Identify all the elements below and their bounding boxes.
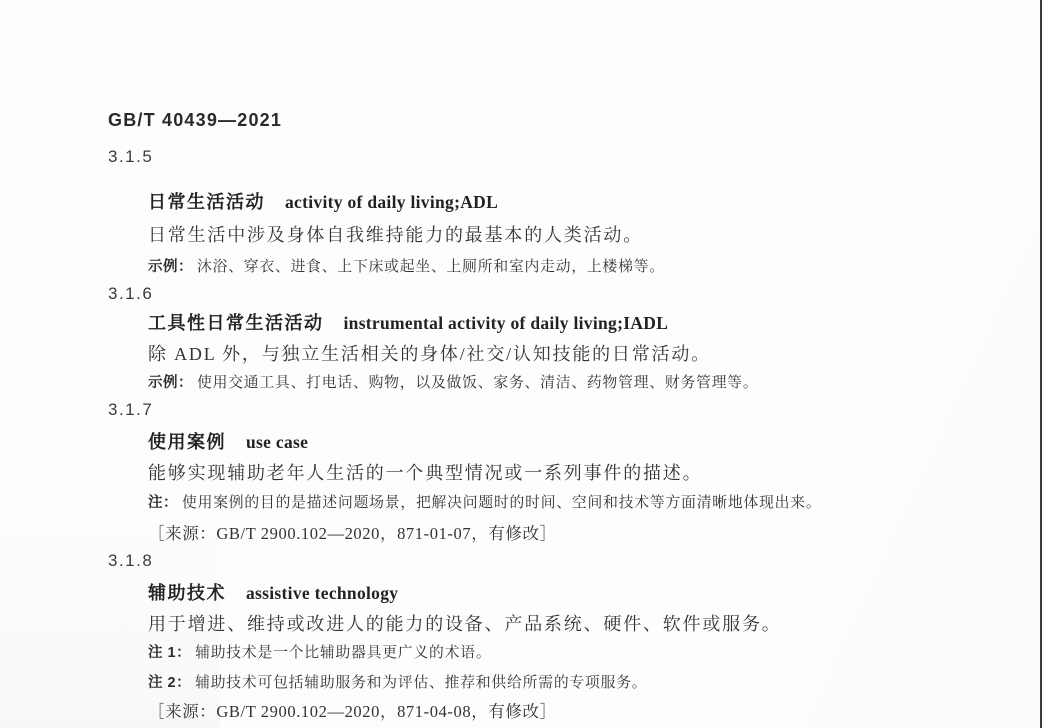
note-text-use-case: 使用案例的目的是描述问题场景，把解决问题时的时间、空间和技术等方面清晰地体现出来…: [182, 495, 821, 511]
term-en-assistive-technology: assistive technology: [246, 583, 398, 603]
source-use-case: ［来源：GB/T 2900.102—2020，871-01-07，有修改］: [148, 520, 557, 544]
term-zh-assistive-technology: 辅助技术: [148, 583, 226, 603]
term-zh-adl: 日常生活活动: [148, 192, 265, 212]
source-assistive-technology: ［来源：GB/T 2900.102—2020，871-04-08，有修改］: [148, 698, 557, 722]
term-zh-use-case: 使用案例: [148, 432, 226, 452]
term-line-use-case: 使用案例use case: [148, 428, 308, 454]
note1-label-assistive-technology: 注 1：: [148, 645, 191, 661]
scan-edge-line: [1040, 0, 1042, 728]
example-text-iadl: 使用交通工具、打电话、购物，以及做饭、家务、清洁、药物管理、财务管理等。: [197, 375, 759, 391]
section-number-3-1-6: 3.1.6: [108, 284, 153, 304]
definition-iadl: 除 ADL 外，与独立生活相关的身体/社交/认知技能的日常活动。: [148, 340, 711, 366]
note2-text-assistive-technology: 辅助技术可包括辅助服务和为评估、推荐和供给所需的专项服务。: [195, 675, 647, 691]
note-label-use-case: 注：: [148, 495, 178, 511]
section-number-3-1-5: 3.1.5: [108, 147, 153, 167]
document-page: GB/T 40439—2021 3.1.5 日常生活活动activity of …: [0, 0, 1044, 728]
section-number-3-1-7: 3.1.7: [108, 400, 153, 420]
note1-text-assistive-technology: 辅助技术是一个比辅助器具更广义的术语。: [195, 645, 491, 661]
term-en-use-case: use case: [246, 432, 308, 452]
term-line-adl: 日常生活活动activity of daily living;ADL: [148, 188, 498, 214]
standard-number-header: GB/T 40439—2021: [108, 110, 282, 131]
term-zh-iadl: 工具性日常生活活动: [148, 313, 324, 333]
term-line-iadl: 工具性日常生活活动instrumental activity of daily …: [148, 309, 668, 335]
example-line-adl: 示例：沐浴、穿衣、进食、上下床或起坐、上厕所和室内走动，上楼梯等。: [148, 255, 665, 276]
term-en-adl: activity of daily living;ADL: [285, 192, 498, 212]
section-number-3-1-8: 3.1.8: [108, 551, 153, 571]
definition-assistive-technology: 用于增进、维持或改进人的能力的设备、产品系统、硬件、软件或服务。: [148, 610, 782, 636]
note-line-use-case: 注：使用案例的目的是描述问题场景，把解决问题时的时间、空间和技术等方面清晰地体现…: [148, 491, 821, 512]
example-label-iadl: 示例：: [148, 375, 193, 391]
term-line-assistive-technology: 辅助技术assistive technology: [148, 579, 398, 605]
note2-label-assistive-technology: 注 2：: [148, 675, 191, 691]
example-line-iadl: 示例：使用交通工具、打电话、购物，以及做饭、家务、清洁、药物管理、财务管理等。: [148, 371, 759, 392]
note2-line-assistive-technology: 注 2：辅助技术可包括辅助服务和为评估、推荐和供给所需的专项服务。: [148, 671, 647, 692]
definition-use-case: 能够实现辅助老年人生活的一个典型情况或一系列事件的描述。: [148, 459, 702, 485]
example-text-adl: 沐浴、穿衣、进食、上下床或起坐、上厕所和室内走动，上楼梯等。: [197, 259, 665, 275]
note1-line-assistive-technology: 注 1：辅助技术是一个比辅助器具更广义的术语。: [148, 641, 491, 662]
term-en-iadl: instrumental activity of daily living;IA…: [344, 313, 669, 333]
definition-adl: 日常生活中涉及身体自我维持能力的最基本的人类活动。: [148, 221, 643, 247]
example-label-adl: 示例：: [148, 259, 193, 275]
